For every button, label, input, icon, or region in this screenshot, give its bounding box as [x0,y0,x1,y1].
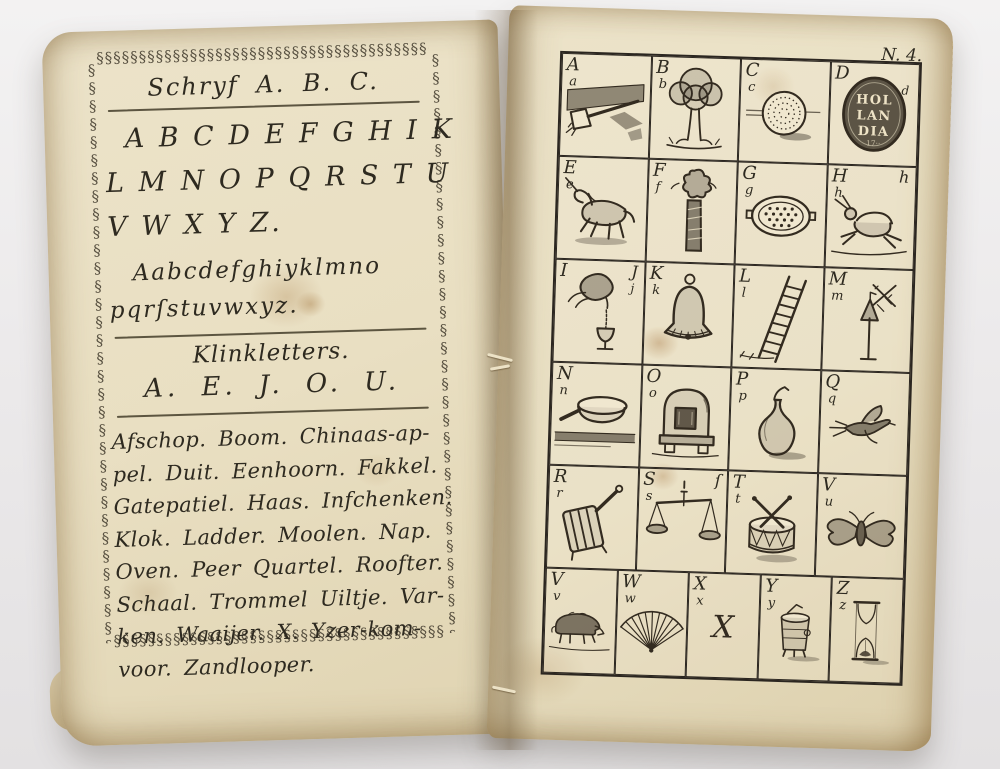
cell-ij: IJj [552,259,645,365]
svg-text:X: X [710,610,736,646]
letter-capital: D [835,63,850,83]
alphabet-capitals-line: V W X Y Z. [107,197,430,251]
letter-capital: V [822,475,836,495]
letter-lowercase: z [839,599,846,613]
letter-lowercase: o [649,387,657,401]
svg-text:LAN: LAN [856,108,892,124]
letter-capital: S [643,470,656,490]
cell-e: Ee [556,156,649,262]
letter-lowercase: r [556,487,563,501]
letter-lowercase: h [834,187,843,201]
letter-capital-right: ſ [715,472,721,490]
cell-p: Pp [728,367,821,473]
cell-c: Cc [738,59,831,165]
grid-row: Rr Ssſ Tt Vu [546,465,907,579]
letter-capital-right: h [899,169,910,187]
cell-r: Rr [546,465,639,571]
letter-capital: E [563,158,577,178]
letter-lowercase-right: d [901,85,909,98]
left-page: §§§§§§§§§§§§§§§§§§§§§§§§§§§§§§§§§§§§§§§§… [42,19,519,746]
cell-n: Nn [549,362,642,468]
letter-capital: F [653,161,666,181]
cell-y: Yy [757,574,832,681]
letter-lowercase: x [696,594,704,608]
letter-lowercase: v [553,590,561,604]
cell-v: Vv [543,568,618,675]
letter-lowercase: g [745,184,754,198]
letter-capital: W [622,572,641,593]
svg-text:17··: 17·· [866,139,880,148]
rule-divider [117,407,429,418]
letter-lowercase: n [559,384,568,398]
cell-z: Zz [829,577,904,684]
grid-row: Nn Oo Pp Qq [549,362,910,476]
letter-lowercase: l [741,287,746,301]
grid-row: IJj Kk Ll Mm [552,259,913,373]
cell-k: Kk [642,262,735,368]
letter-capital: Z [837,579,850,599]
letter-capital: O [646,367,661,387]
letter-capital: Q [825,372,840,392]
letter-lowercase: t [735,493,741,507]
letter-capital: B [656,58,670,78]
letter-lowercase: e [566,178,574,192]
letter-lowercase: w [624,592,636,606]
cell-t: Tt [725,470,818,576]
letter-capital: R [554,467,568,487]
cell-g: Gg [735,161,828,267]
cell-q: Qq [818,370,911,476]
word-list: Afschop. Boom. Chinaas-ap- pel. Duit. Ee… [111,416,443,685]
letter-capital: T [732,472,745,492]
letter-capital: X [693,574,706,594]
photo-stage: §§§§§§§§§§§§§§§§§§§§§§§§§§§§§§§§§§§§§§§§… [0,0,1000,769]
cell-d: HOL LAN DIA 17··Dd [827,61,920,167]
cell-w: Ww [614,570,689,677]
right-page: N. 4. Aa Bb Cc HOL LAN DIA 17··Dd Ee Ff … [487,5,954,752]
vowels-line: A. E. J. O. U. [110,361,435,409]
cell-f: Ff [645,159,738,265]
grid-row: Ee Ff Gg Hhh [556,156,917,270]
cell-m: Mm [821,267,914,373]
letter-lowercase-right: j [630,282,634,295]
cell-h: Hhh [824,164,917,270]
letter-capital: Y [765,577,778,597]
letter-capital: L [739,267,752,287]
cell-l: Ll [731,264,824,370]
alphabet-grid: Aa Bb Cc HOL LAN DIA 17··Dd Ee Ff Gg Hhh… [541,51,922,686]
letter-lowercase: f [655,181,660,195]
ornamental-frame: §§§§§§§§§§§§§§§§§§§§§§§§§§§§§§§§§§§§§§§§… [84,41,458,651]
page-title: Schryf A. B. C. [101,66,426,104]
grid-row: Aa Bb Cc HOL LAN DIA 17··Dd [559,53,920,167]
cell-u: Vu [814,473,907,579]
letter-capital: N [557,364,573,384]
grid-row: Vv WwXXx Yy Zz [543,568,904,684]
letter-lowercase: m [831,289,844,303]
cell-s: Ssſ [635,467,728,573]
letter-capital: V [550,570,564,590]
letter-lowercase: q [828,392,837,406]
letter-capital-right: J [631,263,638,281]
letter-lowercase: y [768,597,776,611]
svg-text:DIA: DIA [857,124,889,140]
letter-lowercase: c [748,81,756,95]
letter-lowercase: u [824,495,833,509]
letter-capital: P [736,370,749,390]
cell-o: Oo [639,365,732,471]
letter-lowercase: a [569,75,577,89]
cell-a: Aa [559,53,652,159]
letter-capital: C [745,61,759,81]
cell-x: XXx [686,572,761,679]
letter-lowercase: k [652,284,660,298]
cell-b: Bb [648,56,741,162]
pouring-icon [556,262,643,362]
letter-capital: K [649,264,663,284]
svg-text:HOL: HOL [855,92,892,108]
letter-lowercase: b [658,78,667,92]
letter-capital: I [560,261,568,281]
letter-lowercase: s [646,490,653,504]
letter-capital: H [832,166,848,186]
letter-capital: A [566,55,580,75]
letter-capital: M [828,269,847,290]
letter-lowercase: p [738,390,747,404]
letter-capital: G [742,164,757,184]
